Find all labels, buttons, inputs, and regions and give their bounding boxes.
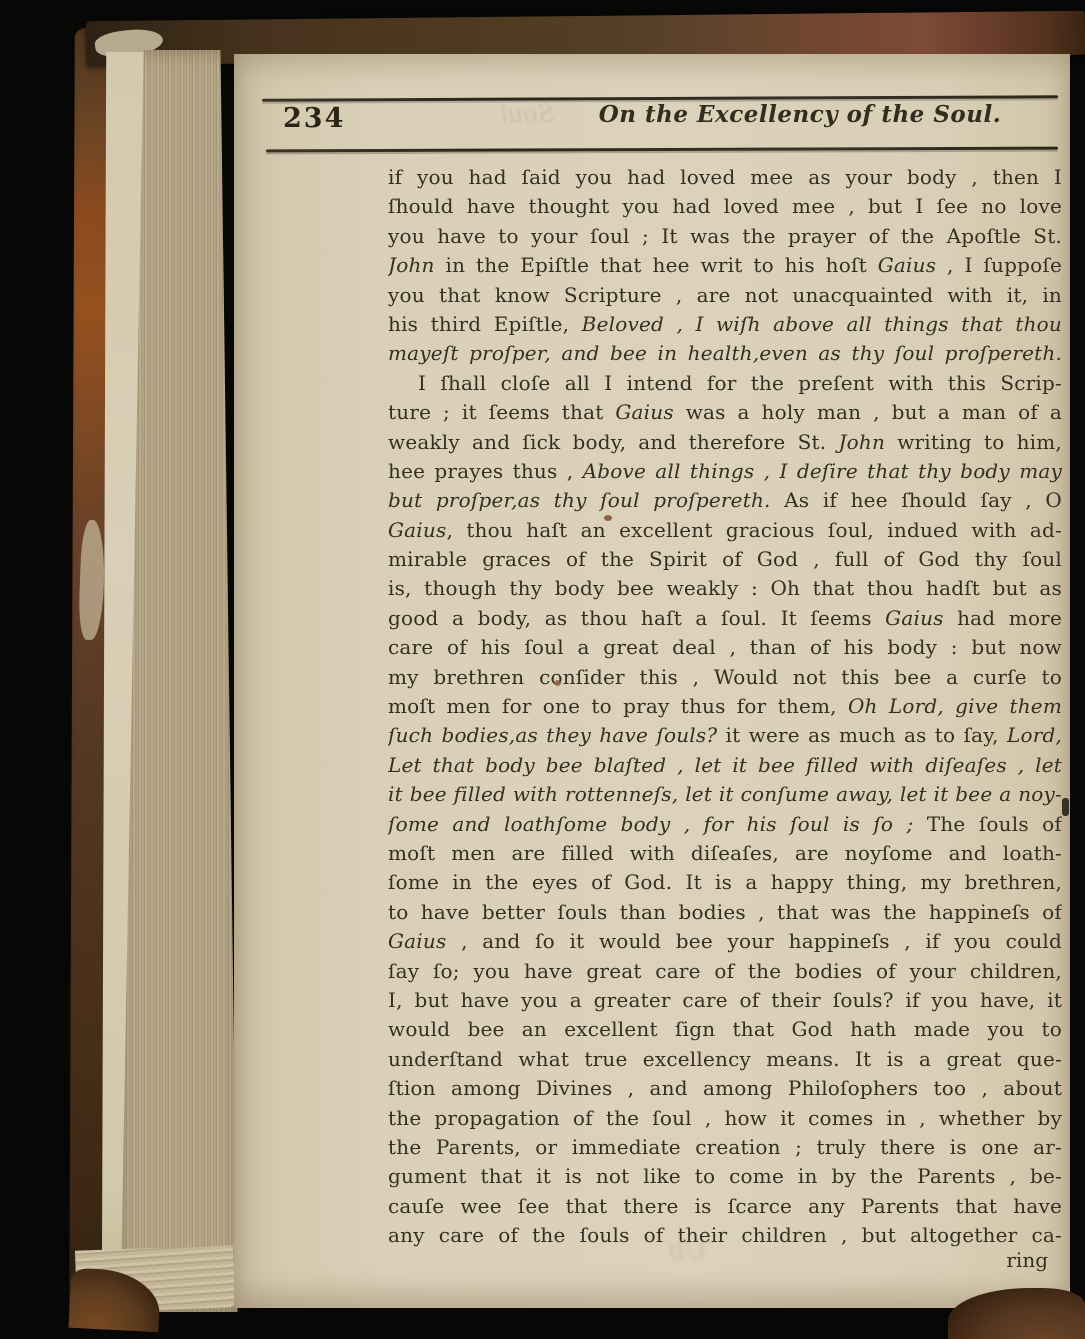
text-segment: cauſe wee ſee that there is ſcarce any P… <box>388 1194 1062 1218</box>
text-line: I ſhall cloſe all I intend for the preſe… <box>388 369 1062 398</box>
text-segment: underſtand what true excellency means. I… <box>388 1047 1062 1071</box>
text-line: you have to your ſoul ; It was the praye… <box>388 222 1062 251</box>
text-segment: ſtion among Divines , and among Philoſop… <box>388 1076 1062 1100</box>
text-line: any care of the ſouls of their children … <box>388 1221 1062 1250</box>
text-segment: ture ; it ſeems that <box>388 400 615 424</box>
italic-text-segment: John <box>388 253 435 277</box>
text-segment: any care of the ſouls of their children … <box>388 1223 1062 1247</box>
italic-text-segment: Beloved , I wiſh above all things that t… <box>582 312 1062 336</box>
italic-text-segment: Lord, <box>1007 723 1062 747</box>
text-line: underſtand what true excellency means. I… <box>388 1045 1062 1074</box>
text-line: Gaius , and ſo it would bee your happine… <box>388 927 1062 956</box>
text-segment: ſome in the eyes of God. It is a happy t… <box>388 870 1062 894</box>
text-segment: weakly and ſick body, and therefore St. <box>388 430 838 454</box>
italic-text-segment: Oh Lord, give them <box>848 694 1062 718</box>
text-line: I, but have you a greater care of their … <box>388 986 1062 1015</box>
catchword: ring <box>388 1248 1048 1272</box>
text-line: ſome and loathſome body , for his ſoul i… <box>388 810 1062 839</box>
text-segment: the propagation of the ſoul , how it com… <box>388 1106 1062 1130</box>
text-segment: moſt men for one to pray thus for them, <box>388 694 848 718</box>
text-segment: had more <box>944 606 1062 630</box>
italic-text-segment: ſome and loathſome body , for his ſoul i… <box>388 812 913 836</box>
page-number: 234 <box>283 103 345 134</box>
text-segment: , and ſo it would bee your happineſs , i… <box>446 929 1062 953</box>
italic-text-segment: Gaius <box>615 400 673 424</box>
text-line: mirable graces of the Spirit of God , fu… <box>388 545 1062 574</box>
page-edge-mark <box>1062 798 1069 816</box>
text-segment: you that know Scripture , are not unacqu… <box>388 283 1062 307</box>
text-segment: the Parents, or immediate creation ; tru… <box>388 1135 1062 1159</box>
text-line: if you had ſaid you had loved mee as you… <box>388 163 1062 192</box>
text-line: care of his ſoul a great deal , than of … <box>388 633 1062 662</box>
text-line: John in the Epiſtle that hee writ to his… <box>388 251 1062 280</box>
text-line: is, though thy body bee weakly : Oh that… <box>388 574 1062 603</box>
italic-text-segment: John <box>838 430 885 454</box>
text-segment: you have to your ſoul ; It was the praye… <box>388 224 1062 248</box>
text-line: ſome in the eyes of God. It is a happy t… <box>388 868 1062 897</box>
text-segment: hee prayes thus , <box>388 459 583 483</box>
text-line: hee prayes thus , Above all things , I d… <box>388 457 1062 486</box>
text-segment: it were as much as to ſay, <box>717 723 1007 747</box>
text-line: ſuch bodies,as they have ſouls? it were … <box>388 721 1062 750</box>
text-line: to have better ſouls than bodies , that … <box>388 898 1062 927</box>
text-segment: good a body, as thou haſt a ſoul. It ſee… <box>388 606 885 630</box>
text-line: moſt men for one to pray thus for them, … <box>388 692 1062 721</box>
text-segment: my brethren conſider this , Would not th… <box>388 665 1062 689</box>
text-segment: gument that it is not like to come in by… <box>388 1164 1062 1188</box>
text-segment: I, but have you a greater care of their … <box>388 988 1062 1012</box>
text-line: ſhould have thought you had loved mee , … <box>388 192 1062 221</box>
text-line: the propagation of the ſoul , how it com… <box>388 1104 1062 1133</box>
italic-text-segment: Above all things , I deſire that thy bod… <box>583 459 1062 483</box>
italic-text-segment: ſuch bodies,as they have ſouls? <box>388 723 717 747</box>
text-segment: , thou haſt an excellent gracious ſoul, … <box>446 518 1062 542</box>
text-line: Gaius, thou haſt an excellent gracious ſ… <box>388 516 1062 545</box>
text-line: weakly and ſick body, and therefore St. … <box>388 428 1062 457</box>
text-line: mayeſt proſper, and bee in health,even a… <box>388 339 1062 368</box>
text-segment: his third Epiſtle, <box>388 312 582 336</box>
text-line: it bee filled with rottenneſs, let it co… <box>388 780 1062 809</box>
text-segment: I ſhall cloſe all I intend for the preſe… <box>418 371 1062 395</box>
ink-speck <box>554 680 561 686</box>
italic-text-segment: but proſper,as thy ſoul proſpereth. <box>388 488 771 512</box>
text-segment: to have better ſouls than bodies , that … <box>388 900 1062 924</box>
running-title: On the Excellency of the Soul. <box>560 101 1040 128</box>
italic-text-segment: Gaius <box>388 929 446 953</box>
text-line: ſtion among Divines , and among Philoſop… <box>388 1074 1062 1103</box>
text-segment: was a holy man , but a man of a <box>674 400 1062 424</box>
text-segment: moſt men are filled with diſeaſes, are n… <box>388 841 1062 865</box>
text-segment: is, though thy body bee weakly : Oh that… <box>388 576 1062 600</box>
text-line: gument that it is not like to come in by… <box>388 1162 1062 1191</box>
text-line: good a body, as thou haſt a ſoul. It ſee… <box>388 604 1062 633</box>
text-line: his third Epiſtle, Beloved , I wiſh abov… <box>388 310 1062 339</box>
text-line: but proſper,as thy ſoul proſpereth. As i… <box>388 486 1062 515</box>
ink-speck <box>604 515 612 521</box>
text-line: moſt men are filled with diſeaſes, are n… <box>388 839 1062 868</box>
text-line: ture ; it ſeems that Gaius was a holy ma… <box>388 398 1062 427</box>
text-segment: ſhould have thought you had loved mee , … <box>388 194 1062 218</box>
italic-text-segment: Gaius <box>388 518 446 542</box>
text-segment: As if hee ſhould ſay , O <box>771 488 1062 512</box>
text-segment: if you had ſaid you had loved mee as you… <box>388 165 1062 189</box>
italic-text-segment: Gaius <box>885 606 943 630</box>
italic-text-segment: Let that body bee blaſted , let it bee f… <box>388 753 1062 777</box>
book-photo: Soul 234 On the Excellency of the Soul. … <box>0 0 1085 1339</box>
text-segment: would bee an excellent ſign that God hat… <box>388 1017 1062 1041</box>
text-segment: The ſouls of <box>913 812 1062 836</box>
text-segment: mirable graces of the Spirit of God , fu… <box>388 547 1062 571</box>
text-line: would bee an excellent ſign that God hat… <box>388 1015 1062 1044</box>
text-segment: writing to him, <box>885 430 1062 454</box>
text-line: cauſe wee ſee that there is ſcarce any P… <box>388 1192 1062 1221</box>
text-line: you that know Scripture , are not unacqu… <box>388 281 1062 310</box>
text-segment: care of his ſoul a great deal , than of … <box>388 635 1062 659</box>
text-segment: in the Epiſtle that hee writ to his hoſt <box>435 253 878 277</box>
body-lines: if you had ſaid you had loved mee as you… <box>388 163 1062 1250</box>
text-line: the Parents, or immediate creation ; tru… <box>388 1133 1062 1162</box>
text-line: ſay ſo; you have great care of the bodie… <box>388 957 1062 986</box>
italic-text-segment: it bee filled with rottenneſs, let it co… <box>388 782 1062 806</box>
text-segment: ſay ſo; you have great care of the bodie… <box>388 959 1062 983</box>
italic-text-segment: Gaius <box>878 253 936 277</box>
italic-text-segment: mayeſt proſper, and bee in health,even a… <box>388 341 1062 365</box>
text-segment: , I ſuppoſe <box>936 253 1062 277</box>
text-line: my brethren conſider this , Would not th… <box>388 663 1062 692</box>
text-line: Let that body bee blaſted , let it bee f… <box>388 751 1062 780</box>
